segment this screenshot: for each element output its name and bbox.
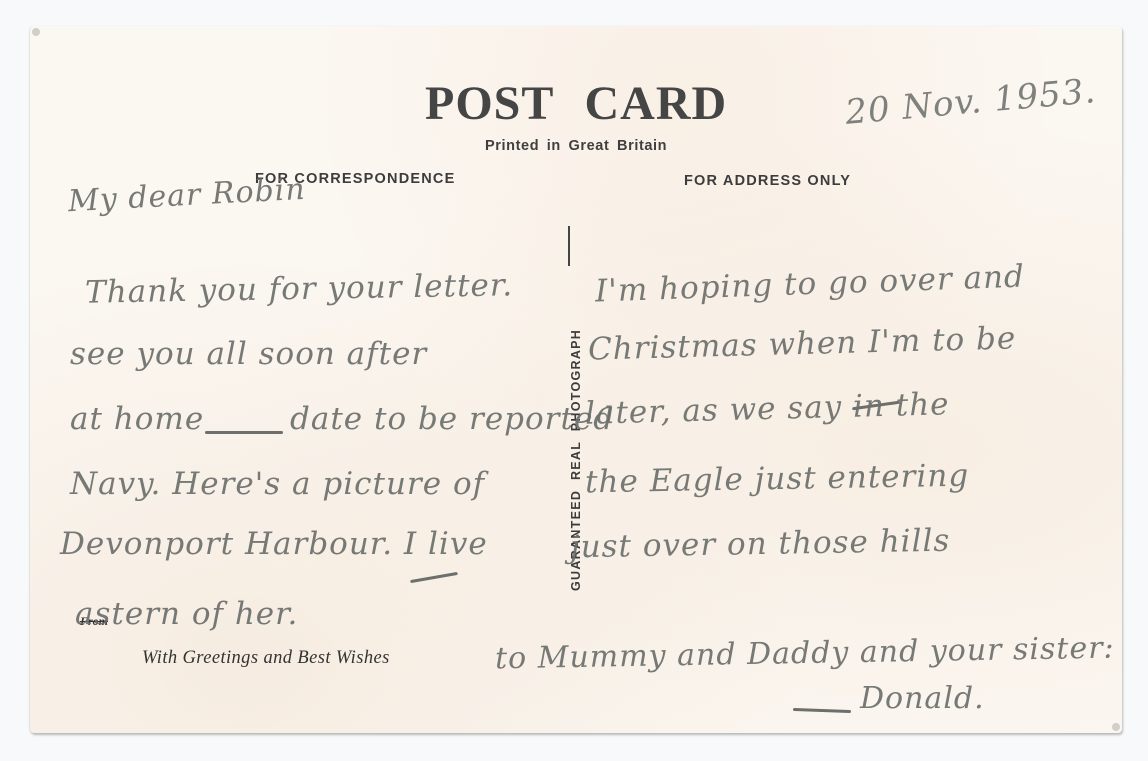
handwritten-dash xyxy=(205,431,283,434)
printed-in-label: Printed in Great Britain xyxy=(485,138,667,154)
handwritten-line: Thank you for your letter. xyxy=(85,267,514,310)
handwritten-line: astern of her. xyxy=(75,596,298,632)
handwritten-line: Christmas when I'm to be xyxy=(588,320,1017,367)
postcard-title: POST CARD xyxy=(425,76,727,131)
handwritten-date: 20 Nov. 1953. xyxy=(844,71,1098,133)
handwritten-line: Devonport Harbour. I live xyxy=(60,526,488,562)
handwritten-dash xyxy=(410,572,458,583)
handwritten-line: date to be reported xyxy=(290,401,614,437)
handwritten-line: see you all soon after xyxy=(70,336,427,372)
greeting-text: With Greetings and Best Wishes xyxy=(142,648,390,669)
corner-wear xyxy=(1112,723,1120,731)
handwritten-salutation: My dear Robin xyxy=(67,172,306,219)
handwritten-line: I'm hoping to go over and xyxy=(595,259,1026,310)
handwritten-line: at home xyxy=(70,401,204,437)
address-label: FOR ADDRESS ONLY xyxy=(684,173,851,189)
handwritten-closing: to Mummy and Daddy and your sister: xyxy=(495,631,1115,677)
handwritten-signature: Donald. xyxy=(860,681,985,716)
divider-line xyxy=(568,226,570,266)
handwritten-line: the Eagle just entering xyxy=(585,458,970,501)
postcard: POST CARD Printed in Great Britain FOR C… xyxy=(30,26,1122,733)
handwritten-line: just over on those hills xyxy=(570,523,951,566)
handwritten-line: later, as we say in the xyxy=(585,386,950,432)
corner-wear xyxy=(32,28,40,36)
signature-dash xyxy=(793,708,851,713)
handwritten-line: Navy. Here's a picture of xyxy=(70,466,485,502)
